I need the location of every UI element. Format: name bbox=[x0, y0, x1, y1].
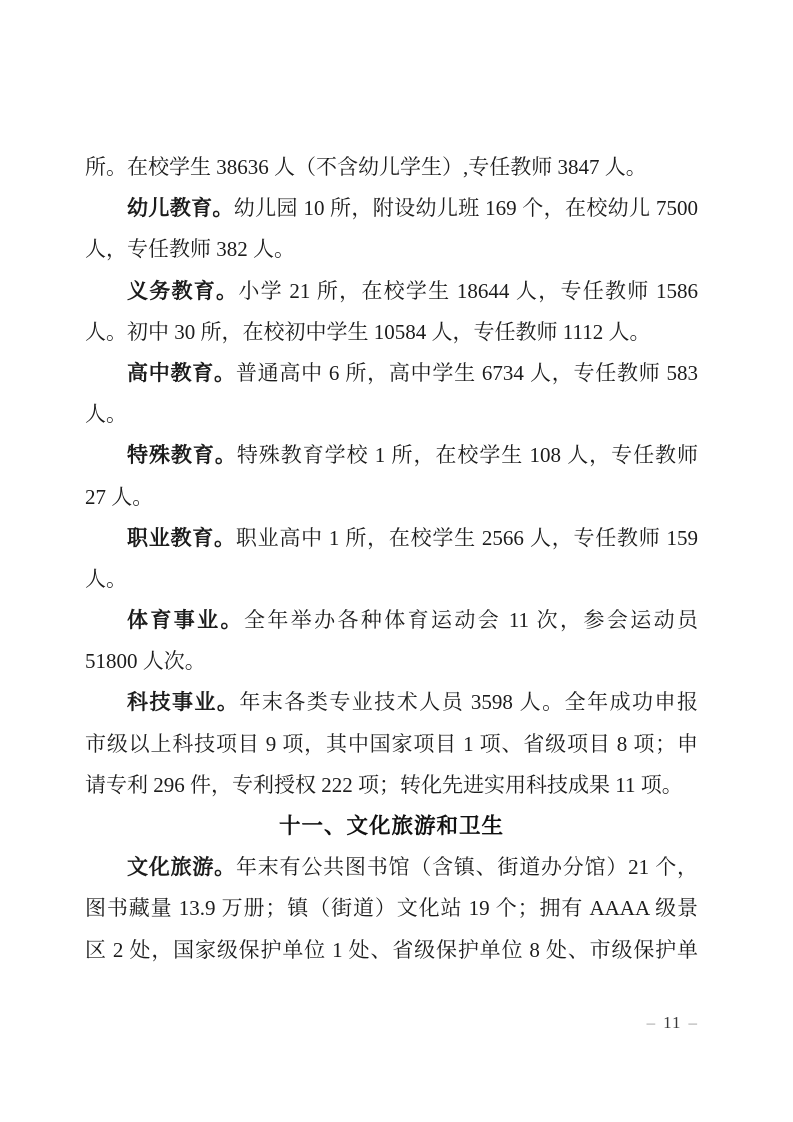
paragraph-science-line-1: 科技事业。年末各类专业技术人员 3598 人。全年成功申报 bbox=[85, 682, 698, 723]
paragraph-lead-sports: 体育事业。 bbox=[127, 608, 244, 632]
paragraph-sports-line-2: 51800 人次。 bbox=[85, 641, 698, 682]
page-footer: –11– bbox=[647, 1012, 698, 1034]
body-text: 所。在校学生 38636 人（不含幼儿学生）,专任教师 3847 人。 幼儿教育… bbox=[85, 147, 698, 971]
paragraph-preschool-line-1: 幼儿教育。幼儿园 10 所，附设幼儿班 169 个，在校幼儿 7500 bbox=[85, 188, 698, 229]
paragraph-text: 年末有公共图书馆（含镇、街道办分馆）21 个， bbox=[236, 855, 698, 879]
paragraph-overflow-line: 所。在校学生 38636 人（不含幼儿学生）,专任教师 3847 人。 bbox=[85, 147, 698, 188]
paragraph-text: 职业高中 1 所，在校学生 2566 人，专任教师 159 bbox=[236, 526, 698, 550]
paragraph-compulsory-line-1: 义务教育。小学 21 所，在校学生 18644 人，专任教师 1586 bbox=[85, 271, 698, 312]
footer-left-dash: – bbox=[647, 1013, 657, 1032]
paragraph-sports-line-1: 体育事业。全年举办各种体育运动会 11 次，参会运动员 bbox=[85, 600, 698, 641]
section-heading: 十一、文化旅游和卫生 bbox=[85, 806, 698, 847]
paragraph-vocational-line-2: 人。 bbox=[85, 559, 698, 600]
paragraph-highschool-line-1: 高中教育。普通高中 6 所，高中学生 6734 人，专任教师 583 bbox=[85, 353, 698, 394]
paragraph-preschool-line-2: 人，专任教师 382 人。 bbox=[85, 229, 698, 270]
paragraph-science-line-3: 请专利 296 件，专利授权 222 项；转化先进实用科技成果 11 项。 bbox=[85, 765, 698, 806]
paragraph-special-edu-line-2: 27 人。 bbox=[85, 477, 698, 518]
paragraph-vocational-line-1: 职业教育。职业高中 1 所，在校学生 2566 人，专任教师 159 bbox=[85, 518, 698, 559]
paragraph-highschool-line-2: 人。 bbox=[85, 394, 698, 435]
paragraph-culture-line-2: 图书藏量 13.9 万册；镇（街道）文化站 19 个；拥有 AAAA 级景 bbox=[85, 888, 698, 929]
paragraph-lead-highschool: 高中教育。 bbox=[127, 361, 236, 385]
paragraph-text: 特殊教育学校 1 所，在校学生 108 人，专任教师 bbox=[237, 443, 698, 467]
paragraph-text: 小学 21 所，在校学生 18644 人，专任教师 1586 bbox=[238, 279, 698, 303]
paragraph-text: 幼儿园 10 所，附设幼儿班 169 个，在校幼儿 7500 bbox=[234, 196, 698, 220]
paragraph-lead-vocational: 职业教育。 bbox=[127, 526, 236, 550]
paragraph-culture-line-3: 区 2 处，国家级保护单位 1 处、省级保护单位 8 处、市级保护单 bbox=[85, 930, 698, 971]
footer-right-dash: – bbox=[689, 1013, 699, 1032]
paragraph-lead-compulsory: 义务教育。 bbox=[127, 279, 238, 303]
paragraph-lead-special-edu: 特殊教育。 bbox=[127, 443, 237, 467]
document-page: 所。在校学生 38636 人（不含幼儿学生）,专任教师 3847 人。 幼儿教育… bbox=[0, 0, 793, 1122]
paragraph-lead-culture: 文化旅游。 bbox=[127, 855, 236, 879]
paragraph-culture-line-1: 文化旅游。年末有公共图书馆（含镇、街道办分馆）21 个， bbox=[85, 847, 698, 888]
paragraph-text: 普通高中 6 所，高中学生 6734 人，专任教师 583 bbox=[236, 361, 698, 385]
paragraph-text: 年末各类专业技术人员 3598 人。全年成功申报 bbox=[239, 690, 698, 714]
paragraph-lead-preschool: 幼儿教育。 bbox=[127, 196, 234, 220]
paragraph-compulsory-line-2: 人。初中 30 所，在校初中学生 10584 人，专任教师 1112 人。 bbox=[85, 312, 698, 353]
paragraph-text: 全年举办各种体育运动会 11 次，参会运动员 bbox=[244, 608, 698, 632]
page-number: 11 bbox=[656, 1013, 688, 1032]
paragraph-special-edu-line-1: 特殊教育。特殊教育学校 1 所，在校学生 108 人，专任教师 bbox=[85, 435, 698, 476]
paragraph-lead-science: 科技事业。 bbox=[127, 690, 239, 714]
paragraph-science-line-2: 市级以上科技项目 9 项，其中国家项目 1 项、省级项目 8 项；申 bbox=[85, 724, 698, 765]
